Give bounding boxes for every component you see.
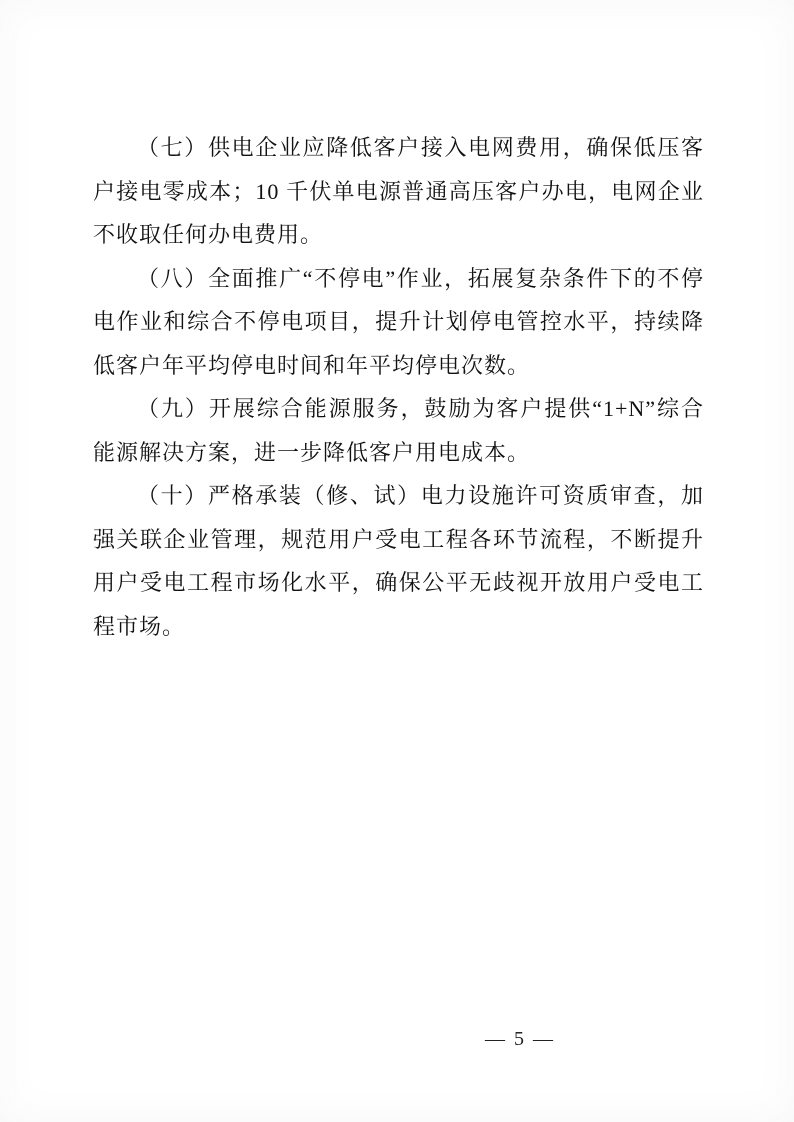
paragraph-item-8: （八）全面推广“不停电”作业，拓展复杂条件下的不停电作业和综合不停电项目，提升计… <box>93 257 704 388</box>
document-page: （七）供电企业应降低客户接入电网费用，确保低压客户接电零成本；10 千伏单电源普… <box>0 0 794 1122</box>
document-body: （七）供电企业应降低客户接入电网费用，确保低压客户接电零成本；10 千伏单电源普… <box>93 126 704 648</box>
paragraph-item-9: （九）开展综合能源服务，鼓励为客户提供“1+N”综合能源解决方案，进一步降低客户… <box>93 387 704 474</box>
page-number: — 5 — <box>0 1028 794 1051</box>
page-number-label: — 5 — <box>485 1028 555 1051</box>
paragraph-item-10: （十）严格承装（修、试）电力设施许可资质审查，加强关联企业管理，规范用户受电工程… <box>93 474 704 648</box>
paragraph-item-7: （七）供电企业应降低客户接入电网费用，确保低压客户接电零成本；10 千伏单电源普… <box>93 126 704 257</box>
